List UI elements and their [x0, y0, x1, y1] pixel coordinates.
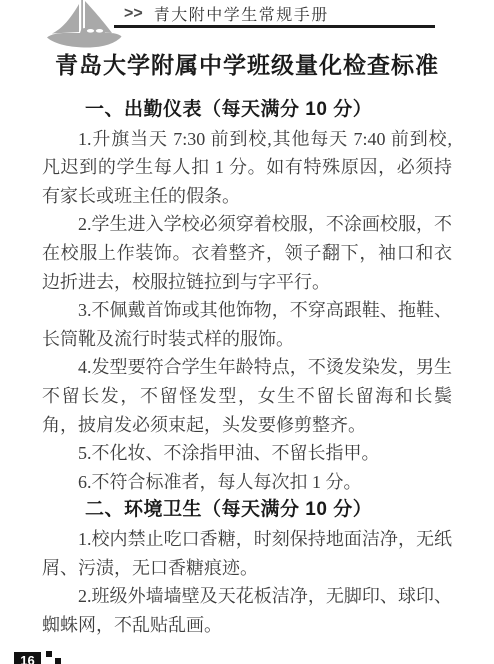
handbook-page: >> 青大附中学生常规手册 青岛大学附属中学班级量化检查标准 一、出勤仪表（每天… — [0, 0, 494, 664]
sailboat-logo — [44, 0, 122, 48]
section-1-paragraph-3: 3.不佩戴首饰或其他饰物，不穿高跟鞋、拖鞋、长筒靴及流行时装式样的服饰。 — [42, 296, 452, 353]
section-1-paragraph-2: 2.学生进入学校必须穿着校服，不涂画校服，不在校服上作装饰。衣着整齐，领子翻下，… — [42, 210, 452, 296]
page-title: 青岛大学附属中学班级量化检查标准 — [0, 49, 494, 81]
header-rule — [114, 25, 435, 28]
page-number-badge: 16 — [14, 652, 41, 664]
header-text: >> 青大附中学生常规手册 — [124, 2, 329, 25]
section-2-paragraph-1: 1.校内禁止吃口香糖，时刻保持地面洁净，无纸屑、污渍，无口香糖痕迹。 — [42, 525, 452, 582]
section-1-paragraph-1: 1.升旗当天 7:30 前到校,其他每天 7:40 前到校,凡迟到的学生每人扣 … — [42, 125, 452, 211]
section-1-paragraph-4: 4.发型要符合学生年龄特点，不烫发染发，男生不留长发，不留怪发型，女生不留长留海… — [42, 353, 452, 439]
handbook-title: 青大附中学生常规手册 — [154, 2, 329, 25]
section-1-paragraph-6: 6.不符合标准者，每人每次扣 1 分。 — [42, 468, 452, 497]
double-chevron-icon: >> — [124, 5, 143, 23]
section-1-paragraph-5: 5.不化妆、不涂指甲油、不留长指甲。 — [42, 439, 452, 468]
section-1-heading: 一、出勤仪表（每天满分 10 分） — [42, 96, 452, 125]
section-2-heading: 二、环境卫生（每天满分 10 分） — [42, 496, 452, 525]
content-body: 一、出勤仪表（每天满分 10 分） 1.升旗当天 7:30 前到校,其他每天 7… — [42, 96, 452, 639]
footer-ornament-square — [46, 651, 52, 657]
section-2-paragraph-2: 2.班级外墙墙壁及天花板洁净，无脚印、球印、蜘蛛网，不乱贴乱画。 — [42, 582, 452, 639]
footer-ornament-square — [55, 658, 61, 664]
